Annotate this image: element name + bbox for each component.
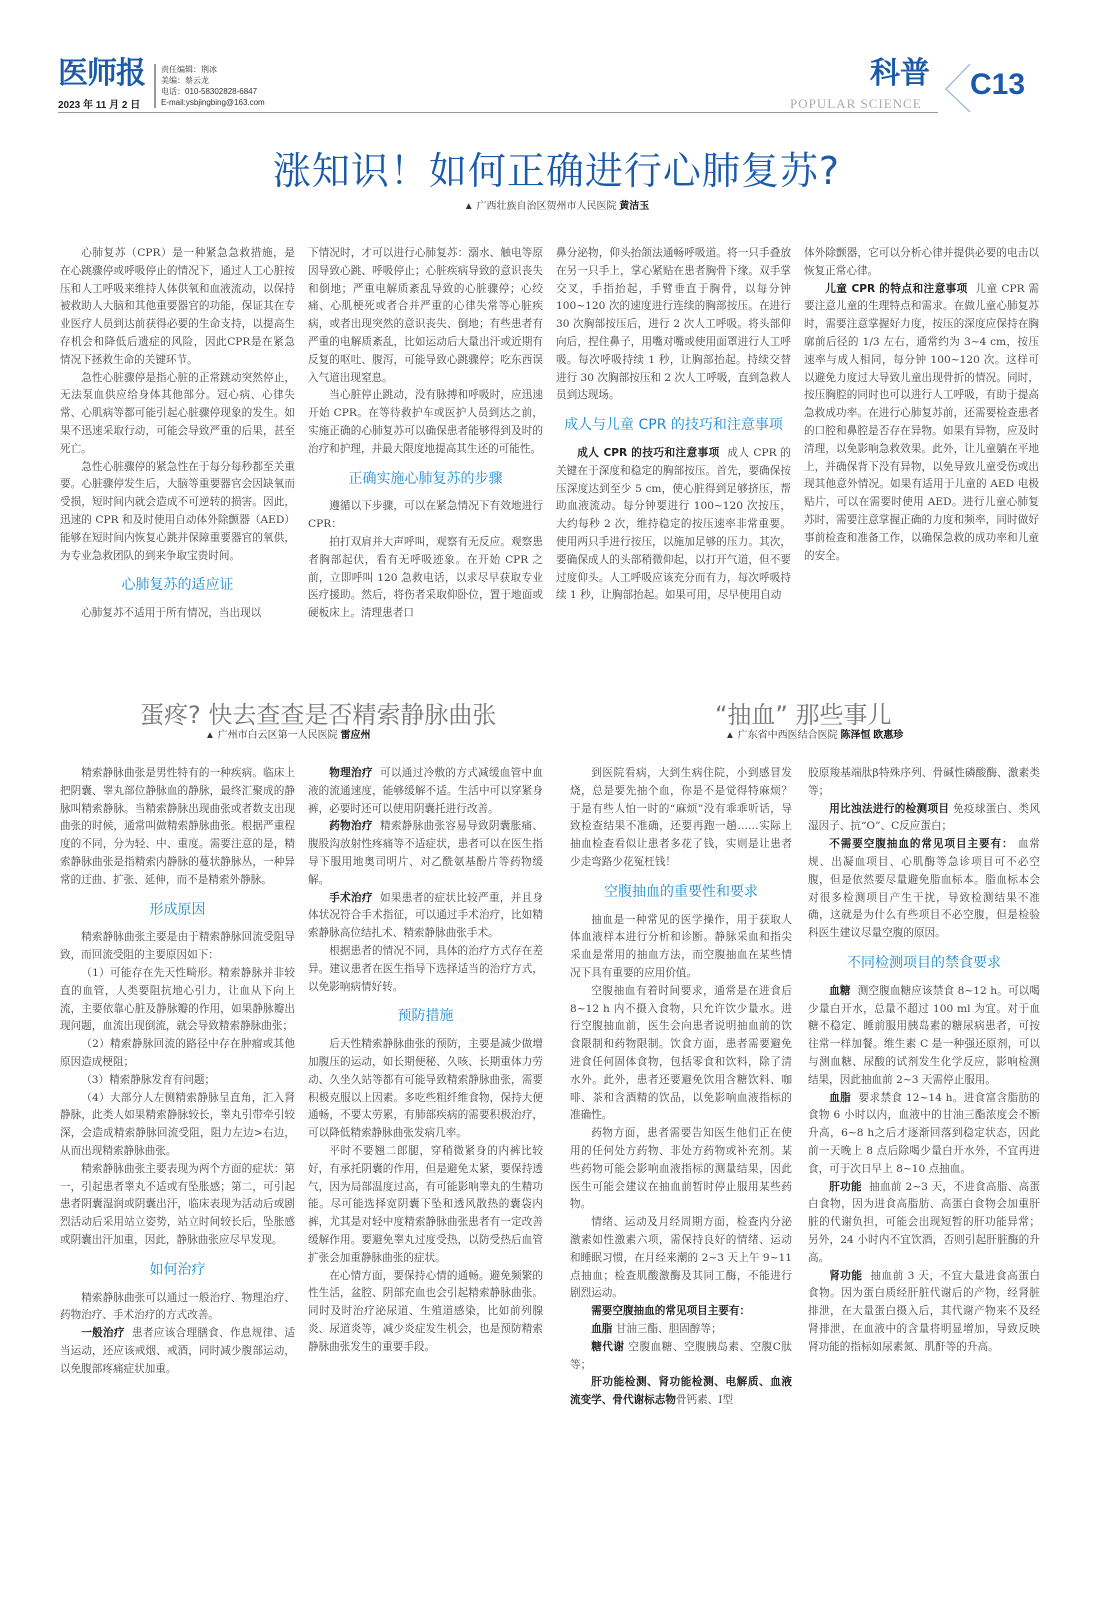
email: E-mail:ysbjingbing@163.com xyxy=(161,97,265,108)
header-rule xyxy=(58,112,938,113)
heading-cause: 形成原因 xyxy=(60,902,295,920)
heading-indications: 心肺复苏的适应证 xyxy=(60,577,295,595)
section-name: 科普 xyxy=(870,58,930,90)
article1-col2: 下情况时，才可以进行心肺复苏：溺水、触电等原因导致心跳、呼吸停止；心脏疾病导致的… xyxy=(308,245,543,623)
article2-title: 蛋疼? 快去查查是否精索静脉曲张 xyxy=(140,695,496,730)
article2-byline: ▲ 广州市白云区第一人民医院 雷应州 xyxy=(205,726,370,741)
article3-title: “抽血” 那些事儿 xyxy=(715,695,892,730)
designer: 美编：蔡云龙 xyxy=(161,75,265,86)
article1-title: 涨知识！如何正确进行心肺复苏? xyxy=(0,140,1113,195)
heading-treat: 如何治疗 xyxy=(60,1262,295,1280)
article1-col3: 鼻分泌物，仰头抬颌法通畅呼吸道。将一只手叠放在另一只手上，掌心紧贴在患者胸骨下缘… xyxy=(556,245,791,605)
heading-tips: 成人与儿童 CPR 的技巧和注意事项 xyxy=(556,417,791,435)
editor-info: 责任编辑：荆冰 美编：蔡云龙 电话：010-58302828-6847 E-ma… xyxy=(161,64,265,108)
section-header: 科普 POPULAR SCIENCE C13 xyxy=(790,52,1050,112)
article2-col1: 精索静脉曲张是男性特有的一种疾病。临床上把阴囊、睾丸部位静脉血的静脉，最终汇聚成… xyxy=(60,765,295,1379)
heading-prevent: 预防措施 xyxy=(308,1008,543,1026)
article2-col2: 物理治疗 可以通过冷敷的方式减缓血管中血液的流通速度，能够缓解不适。生活中可以穿… xyxy=(308,765,543,1357)
page-number: C13 xyxy=(970,68,1025,102)
phone: 电话：010-58302828-6847 xyxy=(161,86,265,97)
article1-byline: ▲ 广西壮族自治区贺州市人民医院 黄洁玉 xyxy=(0,197,1113,212)
newspaper-logo: 医师报 xyxy=(58,58,145,90)
article3-byline: ▲ 广东省中西医结合医院 陈泽恒 欧惠珍 xyxy=(725,726,903,741)
section-name-en: POPULAR SCIENCE xyxy=(790,96,922,112)
divider xyxy=(154,64,156,108)
issue-date: 2023 年 11 月 2 日 xyxy=(58,96,140,111)
article1-col4: 体外除颤器，它可以分析心律并提供必要的电击以恢复正常心律。 儿童 CPR 的特点… xyxy=(804,245,1039,565)
heading-fasting: 空腹抽血的重要性和要求 xyxy=(570,884,792,902)
article3-col2: 胶原羧基端肽β特殊序列、骨碱性磷酸酶、激素类等； 用比浊法进行的检测项目 免疫球… xyxy=(808,765,1040,1357)
article1-col1: 心肺复苏（CPR）是一种紧急急救措施，是在心跳骤停或呼吸停止的情况下，通过人工心… xyxy=(60,245,295,623)
heading-diet: 不同检测项目的禁食要求 xyxy=(808,955,1040,973)
editor: 责任编辑：荆冰 xyxy=(161,64,265,75)
article3-col1: 到医院看病，大到生病住院，小到感冒发烧，总是要先抽个血，你是不是觉得特麻烦？于是… xyxy=(570,765,792,1410)
heading-steps: 正确实施心肺复苏的步骤 xyxy=(308,471,543,489)
